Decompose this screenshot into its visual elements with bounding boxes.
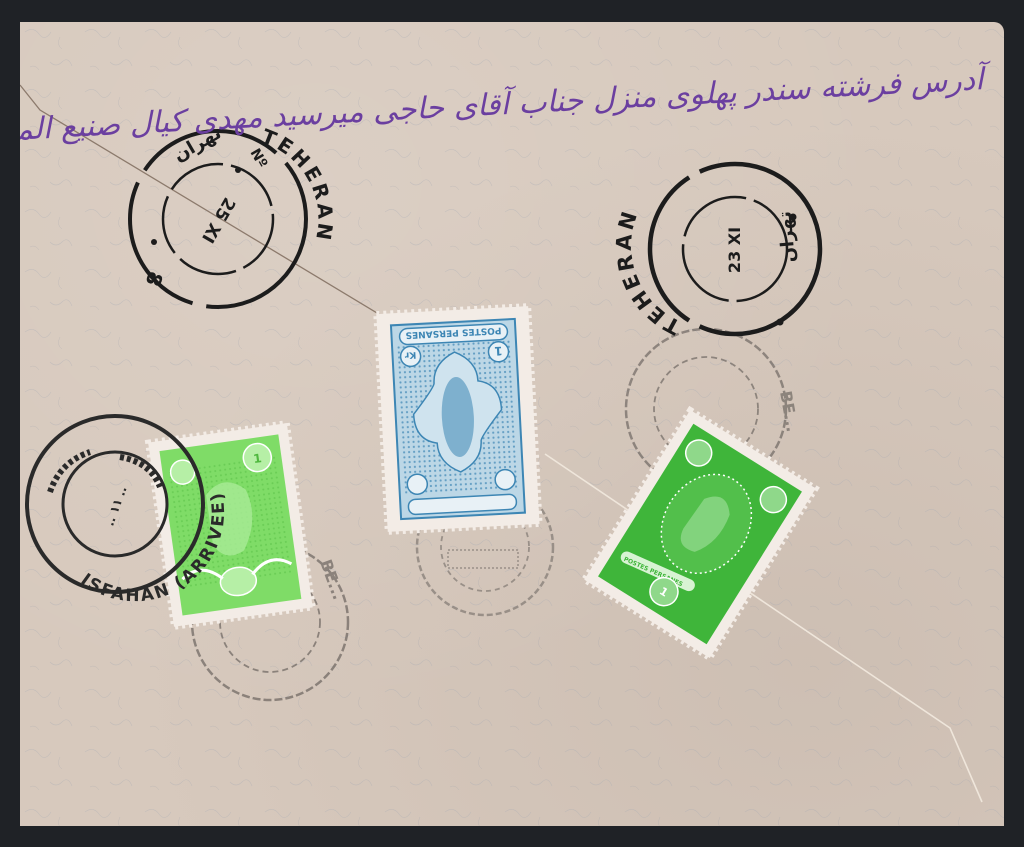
- stamp-blue: POSTES PERSANES 1 Kr: [376, 306, 539, 532]
- svg-text:23 XI: 23 XI: [725, 227, 744, 273]
- svg-text:Kr: Kr: [404, 349, 416, 360]
- scanned-cover: BE... BE... POSTES PERSANES 1: [0, 0, 1024, 847]
- envelope-back: BE... BE... POSTES PERSANES 1: [20, 22, 1004, 826]
- svg-text:1: 1: [494, 344, 503, 358]
